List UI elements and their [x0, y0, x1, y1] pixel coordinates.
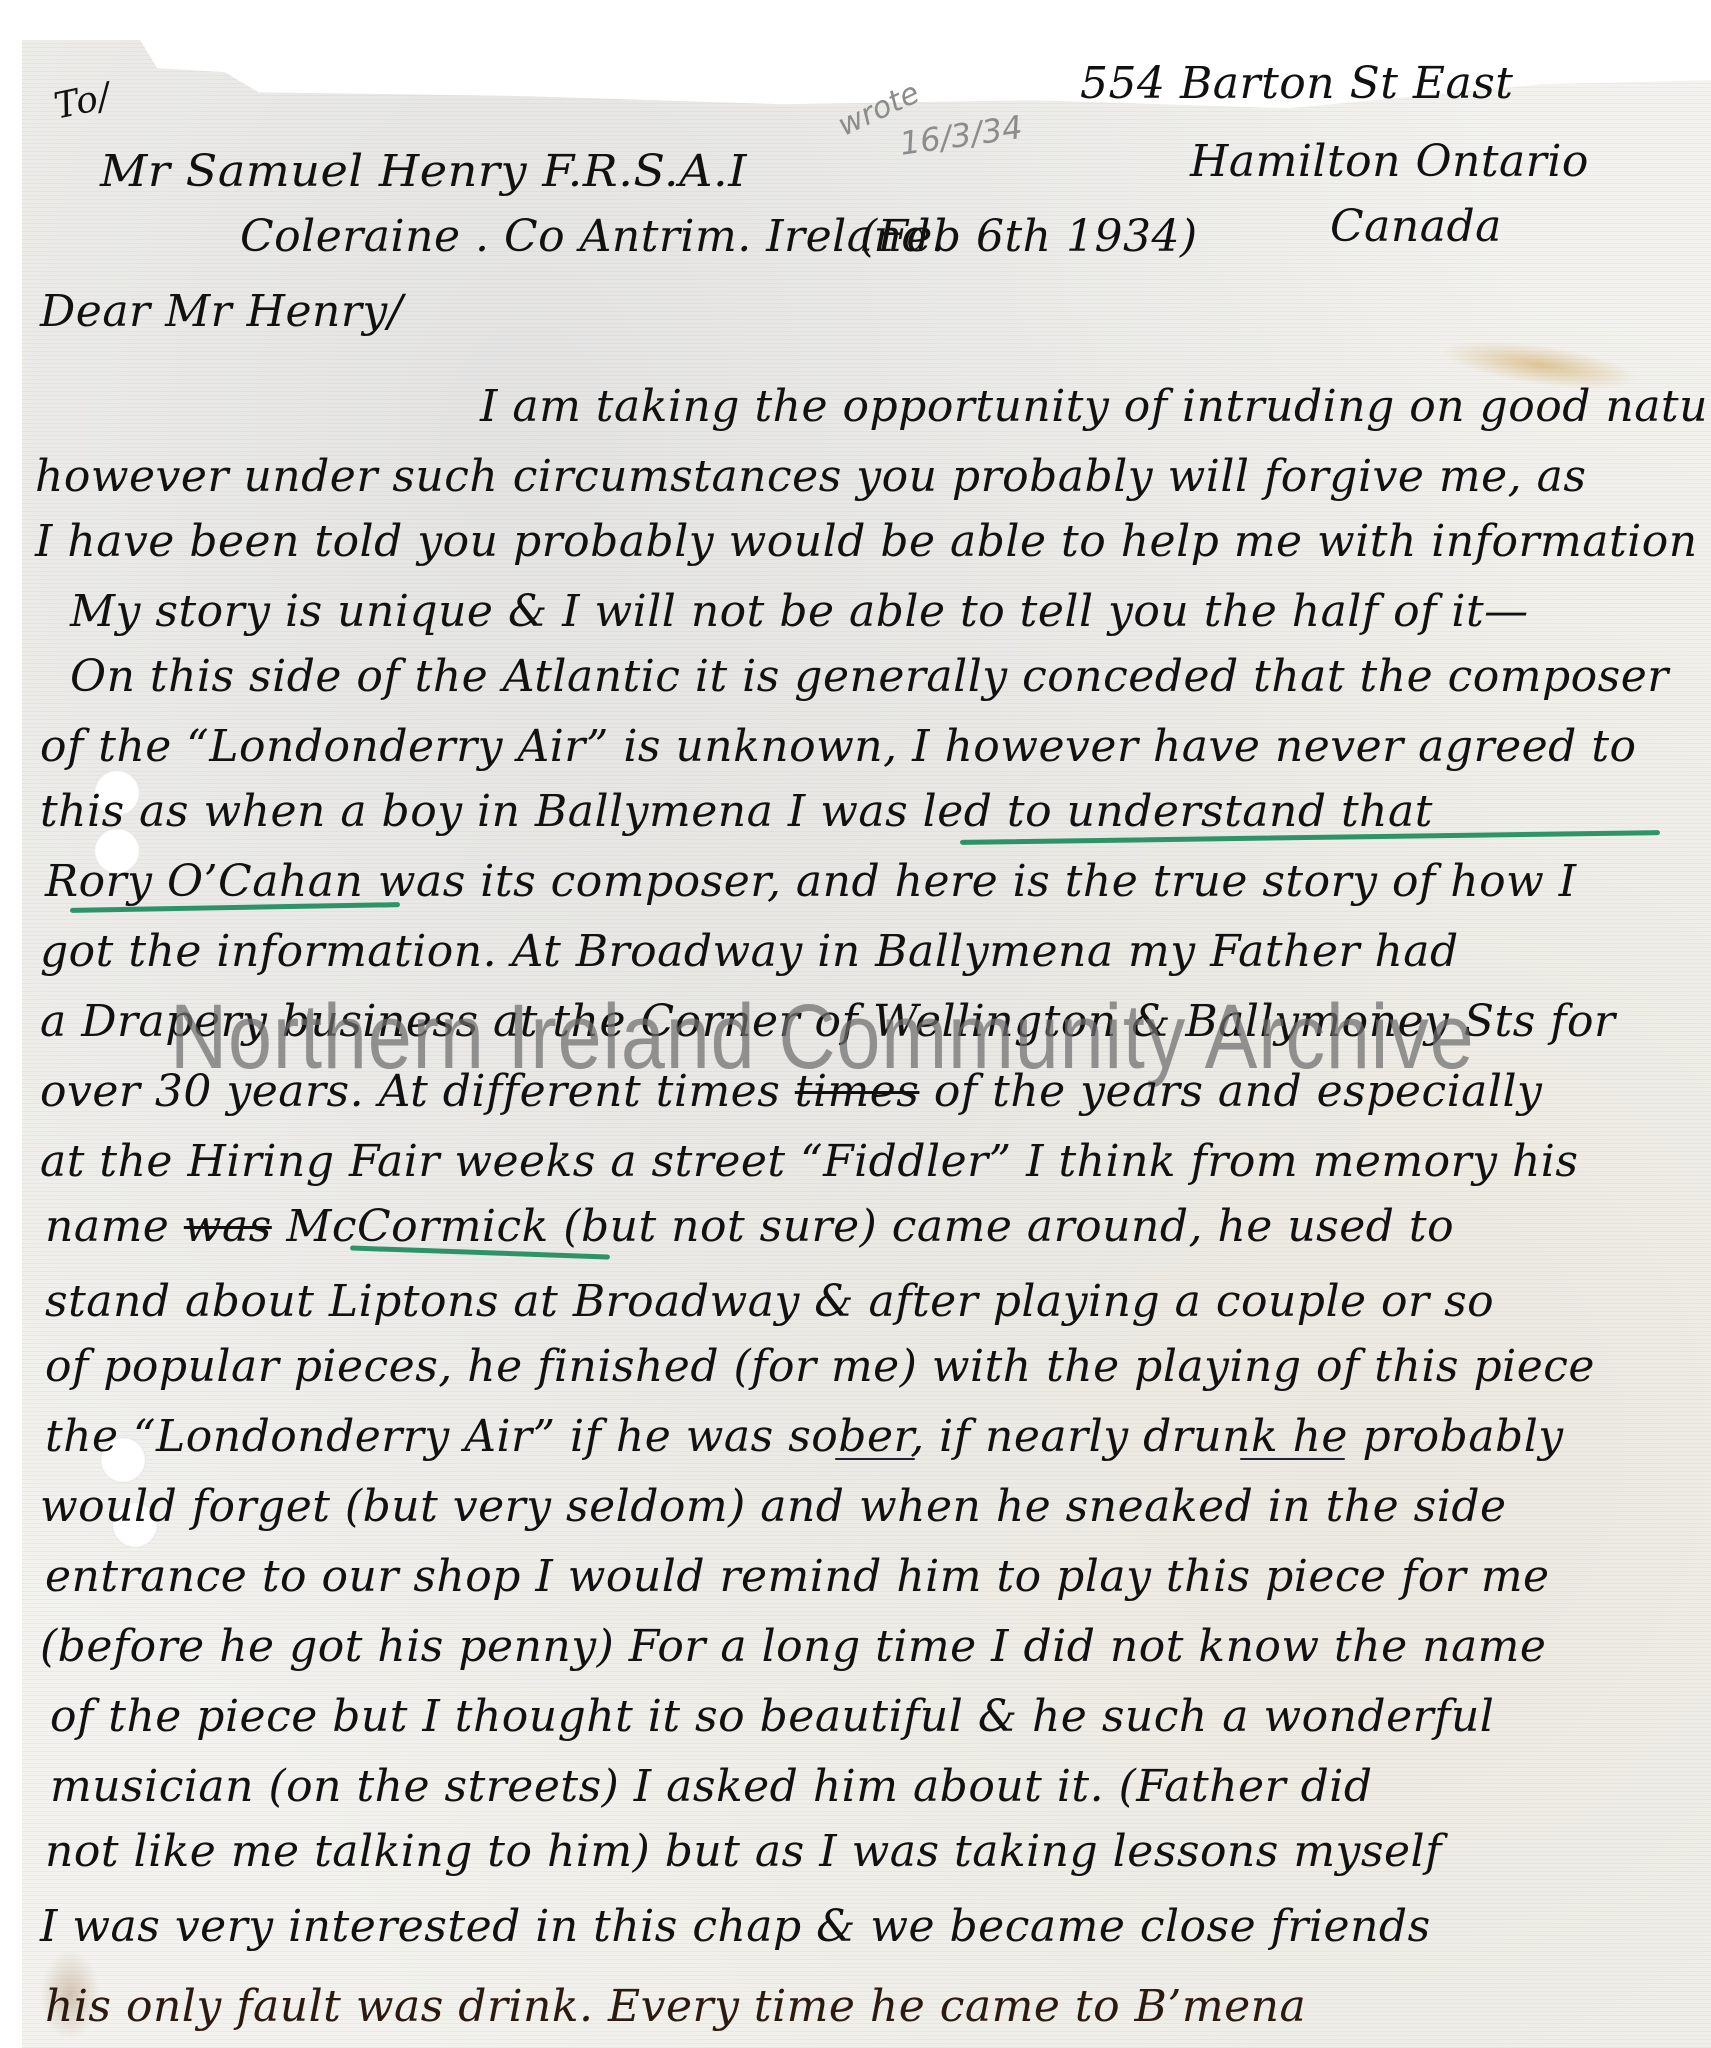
body-line: however under such circumstances you pro…	[35, 455, 1586, 499]
body-line: musician (on the streets) I asked him ab…	[50, 1765, 1373, 1809]
body-line: his only fault was drink. Every time he …	[45, 1985, 1306, 2029]
body-line: stand about Liptons at Broadway & after …	[45, 1280, 1494, 1324]
body-text: of the years and especially	[919, 1066, 1542, 1117]
letter-date: (Feb 6th 1934)	[860, 215, 1198, 259]
body-line: at the Hiring Fair weeks a street “Fiddl…	[40, 1140, 1578, 1184]
body-line: of the piece but I thought it so beautif…	[50, 1695, 1494, 1739]
addressee-location: Coleraine . Co Antrim. Ireland.	[240, 215, 945, 259]
body-text: name	[45, 1201, 184, 1252]
underlined-name: McCormick	[286, 1201, 548, 1252]
body-line: name was McCormick (but not sure) came a…	[45, 1205, 1454, 1249]
body-line: got the information. At Broadway in Ball…	[40, 930, 1459, 974]
body-line: of the “Londonderry Air” is unknown, I h…	[40, 725, 1637, 769]
body-line: I am taking the opportunity of intruding…	[480, 385, 1711, 429]
body-line: not like me talking to him) but as I was…	[45, 1830, 1442, 1874]
body-line: I was very interested in this chap & we …	[40, 1905, 1431, 1949]
addressee-name: Mr Samuel Henry F.R.S.A.I	[100, 150, 747, 194]
salutation: Dear Mr Henry/	[40, 290, 403, 334]
ink-underline	[1240, 1458, 1345, 1460]
struck-text: times	[795, 1066, 920, 1117]
body-text: (but not sure) came around, he used to	[549, 1201, 1454, 1252]
sender-city: Hamilton Ontario	[1190, 140, 1589, 184]
body-line: Rory O’Cahan was its composer, and here …	[45, 860, 1577, 904]
body-line: entrance to our shop I would remind him …	[45, 1555, 1550, 1599]
body-line: On this side of the Atlantic it is gener…	[70, 655, 1669, 699]
sender-street: 554 Barton St East	[1080, 62, 1514, 106]
body-line: of popular pieces, he finished (for me) …	[45, 1345, 1595, 1389]
body-line: the “Londonderry Air” if he was sober, i…	[45, 1415, 1564, 1459]
body-line: My story is unique & I will not be able …	[70, 590, 1529, 634]
body-line: I have been told you probably would be a…	[35, 520, 1698, 564]
body-line: over 30 years. At different times times …	[40, 1070, 1542, 1114]
struck-text: was	[184, 1201, 272, 1252]
ink-underline	[835, 1458, 915, 1460]
sender-country: Canada	[1330, 205, 1502, 249]
body-text: over 30 years. At different times	[40, 1066, 795, 1117]
body-line: would forget (but very seldom) and when …	[40, 1485, 1507, 1529]
body-line: this as when a boy in Ballymena I was le…	[40, 790, 1433, 834]
body-line: (before he got his penny) For a long tim…	[40, 1625, 1546, 1669]
